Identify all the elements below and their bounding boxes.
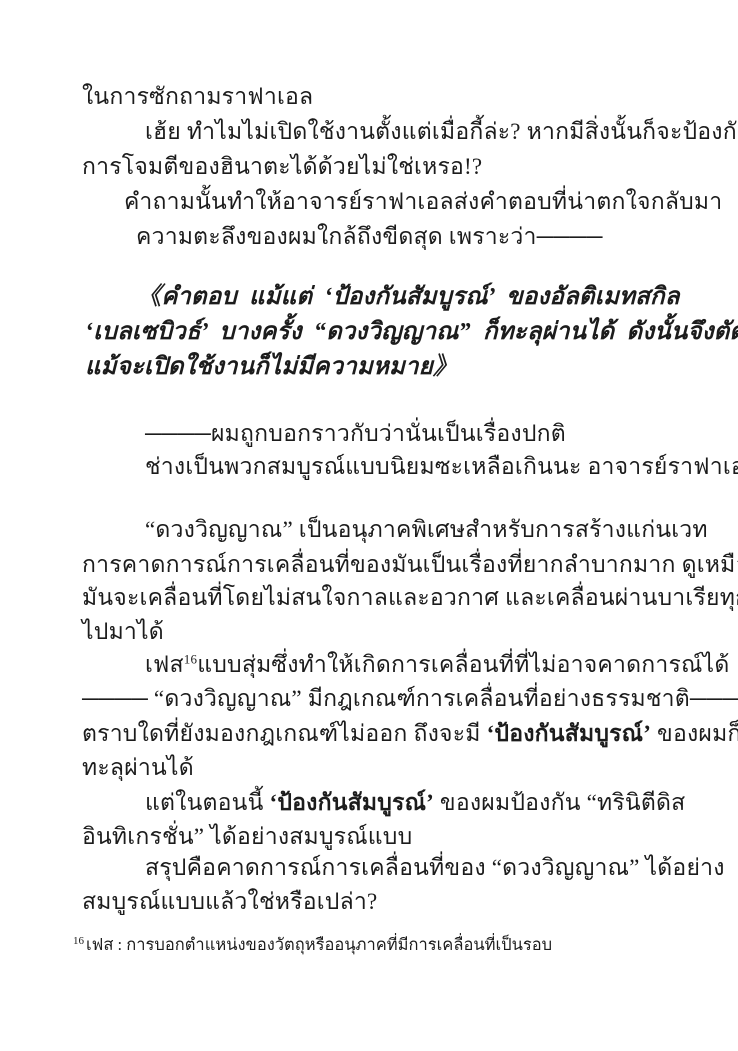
text-line: ในการซักถามราฟาเอล	[82, 82, 313, 112]
text-segment: ช่างเป็นพวกสมบูรณ์แบบนิยมซะเหลือเกินนะ อ…	[145, 454, 738, 479]
footnote-marker: 16	[73, 935, 84, 947]
text-line: ────ผมถูกบอกราวกับว่านั่นเป็นเรื่องปกติ	[145, 419, 566, 449]
text-line: คำถามนั้นทำให้อาจารย์ราฟาเอลส่งคำตอบที่น…	[124, 187, 722, 217]
text-segment: ในการซักถามราฟาเอล	[82, 84, 313, 109]
text-line: ไปมาได้	[82, 617, 164, 647]
text-segment: เฮ้ย ทำไมไม่เปิดใช้งานตั้งแต่เมื่อกี้ล่ะ…	[145, 119, 738, 144]
text-segment: คำถามนั้นทำให้อาจารย์ราฟาเอลส่งคำตอบที่น…	[124, 189, 722, 214]
text-line: 《คำตอบ แม้แต่ ‘ป้องกันสัมบูรณ์’ ของอัลติ…	[137, 282, 680, 312]
emphasized-text: ‘ป้องกันสัมบูรณ์’	[269, 790, 434, 815]
text-segment: ความตะลึงของผมใกล้ถึงขีดสุด เพราะว่า────	[136, 224, 603, 249]
text-line: อินทิเกรชั่น” ได้อย่างสมบูรณ์แบบ	[82, 822, 412, 852]
text-segment: สมบูรณ์แบบแล้วใช่หรือเปล่า?	[82, 889, 377, 914]
text-segment: การโจมตีของฮินาตะได้ด้วยไม่ใช่เหรอ!?	[82, 154, 482, 179]
text-segment: 《คำตอบ แม้แต่ ‘ป้องกันสัมบูรณ์’ ของอัลติ…	[137, 284, 680, 310]
text-segment: การคาดการณ์การเคลื่อนที่ของมันเป็นเรื่อง…	[82, 552, 738, 577]
text-line: ‘เบลเซบิวธ์’ บางครั้ง “ดวงวิญญาณ” ก็ทะลุ…	[85, 317, 738, 347]
text-line: ตราบใดที่ยังมองกฎเกณฑ์ไม่ออก ถึงจะมี ‘ป้…	[82, 719, 738, 749]
text-segment: “ดวงวิญญาณ” เป็นอนุภาคพิเศษสำหรับการสร้า…	[145, 517, 708, 542]
emphasized-text: ‘ป้องกันสัมบูรณ์’	[487, 721, 652, 746]
text-line: แม้จะเปิดใช้งานก็ไม่มีความหมาย》	[85, 352, 457, 382]
text-segment: ────ผมถูกบอกราวกับว่านั่นเป็นเรื่องปกติ	[145, 421, 566, 446]
text-segment: แต่ในตอนนี้	[145, 790, 269, 815]
text-segment: ──── “ดวงวิญญาณ” มีกฎเกณฑ์การเคลื่อนที่อ…	[82, 686, 738, 711]
text-segment: ตราบใดที่ยังมองกฎเกณฑ์ไม่ออก ถึงจะมี	[82, 721, 487, 746]
text-line: สรุปคือคาดการณ์การเคลื่อนที่ของ “ดวงวิญญ…	[145, 853, 725, 883]
text-segment: เฟส	[145, 652, 184, 677]
text-line: สมบูรณ์แบบแล้วใช่หรือเปล่า?	[82, 887, 377, 917]
footnote-text: เฟส : การบอกตำแหน่งของวัตถุหรืออนุภาคที่…	[86, 935, 552, 954]
text-segment: แม้จะเปิดใช้งานก็ไม่มีความหมาย》	[85, 354, 457, 380]
text-segment: อินทิเกรชั่น” ได้อย่างสมบูรณ์แบบ	[82, 824, 412, 849]
text-line: เฮ้ย ทำไมไม่เปิดใช้งานตั้งแต่เมื่อกี้ล่ะ…	[145, 117, 738, 147]
footnote: 16เฟส : การบอกตำแหน่งของวัตถุหรืออนุภาคท…	[73, 934, 552, 956]
text-segment: แบบสุ่มซึ่งทำให้เกิดการเคลื่อนที่ที่ไม่อ…	[197, 652, 729, 677]
text-segment: สรุปคือคาดการณ์การเคลื่อนที่ของ “ดวงวิญญ…	[145, 855, 725, 880]
text-line: ──── “ดวงวิญญาณ” มีกฎเกณฑ์การเคลื่อนที่อ…	[82, 684, 738, 714]
text-line: แต่ในตอนนี้ ‘ป้องกันสัมบูรณ์’ ของผมป้องก…	[145, 788, 685, 818]
text-line: การโจมตีของฮินาตะได้ด้วยไม่ใช่เหรอ!?	[82, 152, 482, 182]
text-segment: ของผมก็	[651, 721, 738, 746]
footnote-reference: 16	[184, 651, 197, 666]
text-segment: ของผมป้องกัน “ทรินิตีดิส	[434, 790, 685, 815]
text-segment: ทะลุผ่านได้	[82, 755, 194, 780]
text-line: ทะลุผ่านได้	[82, 753, 194, 783]
text-line: “ดวงวิญญาณ” เป็นอนุภาคพิเศษสำหรับการสร้า…	[145, 515, 708, 545]
text-segment: ไปมาได้	[82, 619, 164, 644]
novel-page: ในการซักถามราฟาเอลเฮ้ย ทำไมไม่เปิดใช้งาน…	[0, 0, 738, 1051]
text-line: มันจะเคลื่อนที่โดยไม่สนใจกาลและอวกาศ และ…	[82, 583, 738, 613]
text-line: ช่างเป็นพวกสมบูรณ์แบบนิยมซะเหลือเกินนะ อ…	[145, 452, 738, 482]
text-line: การคาดการณ์การเคลื่อนที่ของมันเป็นเรื่อง…	[82, 550, 738, 580]
text-segment: มันจะเคลื่อนที่โดยไม่สนใจกาลและอวกาศ และ…	[82, 585, 738, 610]
text-line: เฟส16แบบสุ่มซึ่งทำให้เกิดการเคลื่อนที่ที…	[145, 650, 729, 680]
text-segment: ‘เบลเซบิวธ์’ บางครั้ง “ดวงวิญญาณ” ก็ทะลุ…	[85, 319, 738, 345]
text-line: ความตะลึงของผมใกล้ถึงขีดสุด เพราะว่า────	[136, 222, 603, 252]
